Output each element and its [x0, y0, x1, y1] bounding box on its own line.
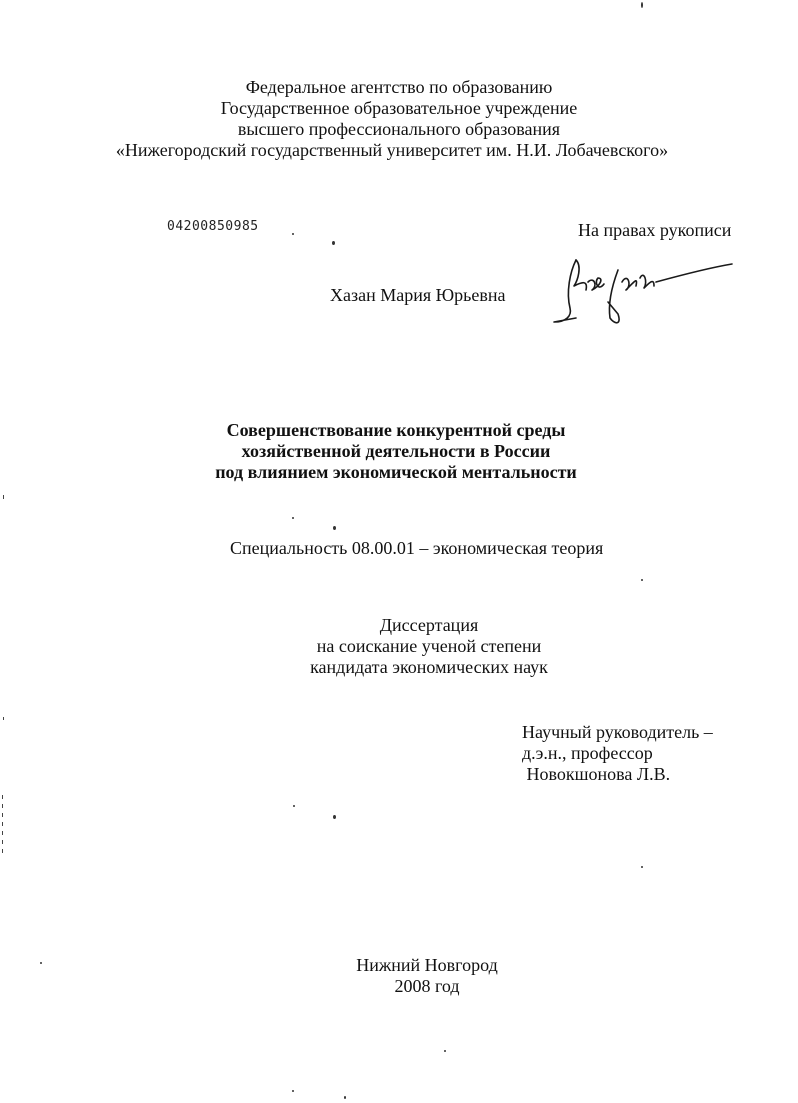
- manuscript-rights-label: На правах рукописи: [578, 220, 731, 241]
- footer-block: Нижний Новгород 2008 год: [28, 955, 798, 997]
- scan-speck: [444, 1050, 446, 1052]
- degree-block: Диссертация на соискание ученой степени …: [30, 615, 798, 678]
- scan-speck: [292, 517, 294, 519]
- scan-speck: [333, 815, 336, 819]
- header-line-1: Федеральное агентство по образованию: [0, 77, 798, 98]
- year: 2008 год: [28, 976, 798, 997]
- scan-speck: [332, 241, 335, 245]
- scan-speck: [40, 962, 42, 964]
- header-line-4: «Нижегородский государственный университ…: [0, 140, 798, 161]
- supervisor-block: Научный руководитель – д.э.н., профессор…: [522, 722, 713, 785]
- header-line-3: высшего профессионального образования: [0, 119, 798, 140]
- title-line-2: хозяйственной деятельности в России: [0, 441, 795, 462]
- title-line-3: под влиянием экономической ментальности: [0, 462, 795, 483]
- degree-line-2: на соискание ученой степени: [30, 636, 798, 657]
- signature-icon: [548, 252, 738, 330]
- scan-speck: [641, 866, 643, 868]
- title-line-1: Совершенствование конкурентной среды: [0, 420, 795, 441]
- scan-speck: [333, 526, 336, 530]
- supervisor-line-3: Новокшонова Л.В.: [522, 764, 713, 785]
- scan-speck: [293, 805, 295, 807]
- scan-speck: [641, 579, 643, 581]
- supervisor-line-2: д.э.н., профессор: [522, 743, 713, 764]
- scan-speck: [344, 1096, 346, 1099]
- institution-header: Федеральное агентство по образованию Гос…: [0, 77, 798, 161]
- margin-tick: [2, 795, 3, 855]
- specialty: Специальность 08.00.01 – экономическая т…: [230, 538, 603, 559]
- margin-tick: [3, 717, 4, 720]
- degree-line-3: кандидата экономических наук: [30, 657, 798, 678]
- margin-tick: [3, 495, 4, 499]
- header-line-2: Государственное образовательное учрежден…: [0, 98, 798, 119]
- supervisor-line-1: Научный руководитель –: [522, 722, 713, 743]
- dissertation-title: Совершенствование конкурентной среды хоз…: [0, 420, 795, 483]
- serial-number: 04200850985: [167, 219, 259, 234]
- scan-speck: [292, 1090, 294, 1092]
- city: Нижний Новгород: [28, 955, 798, 976]
- scan-speck: [641, 2, 643, 8]
- author-name: Хазан Мария Юрьевна: [330, 285, 505, 306]
- scan-speck: [292, 233, 294, 235]
- degree-line-1: Диссертация: [30, 615, 798, 636]
